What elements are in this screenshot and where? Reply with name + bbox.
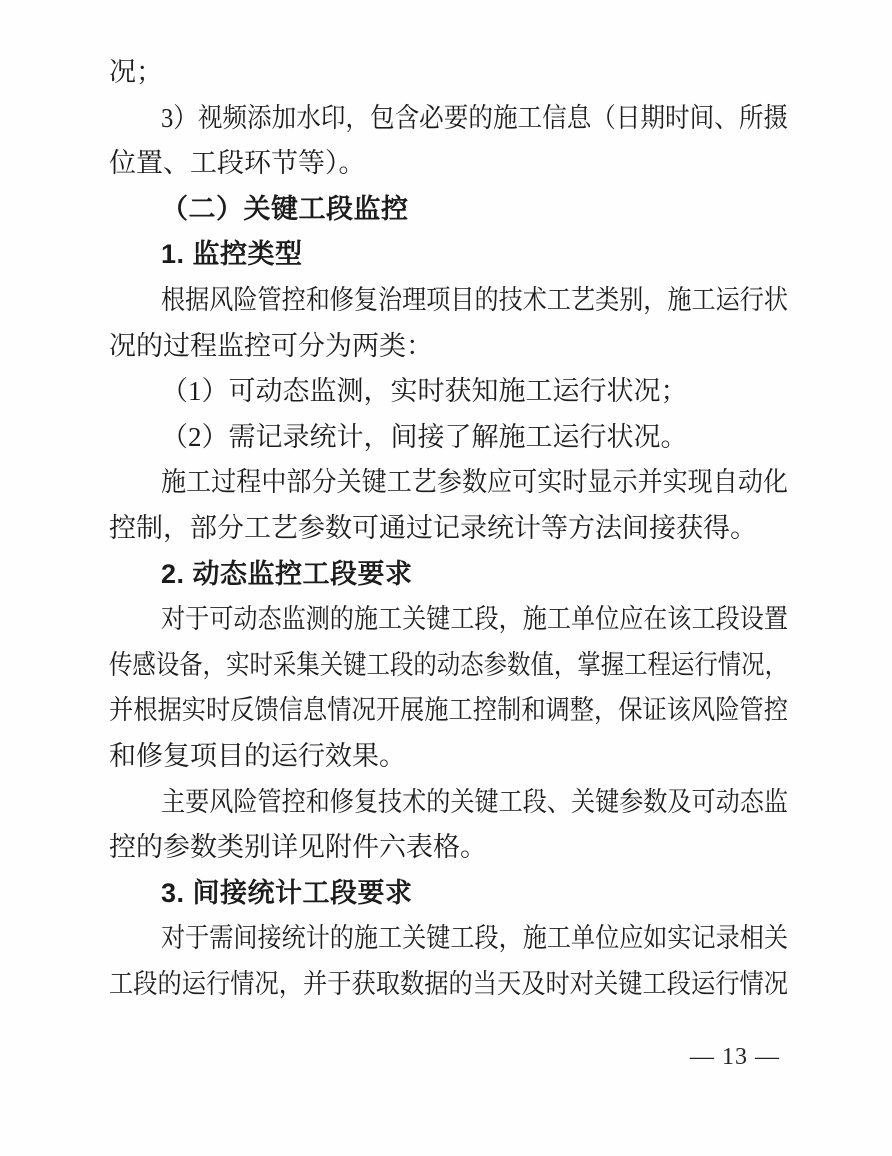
text-line: 主要风险管控和修复技术的关键工段、关键参数及可动态监 <box>109 780 788 826</box>
text-line: 对于需间接统计的施工关键工段，施工单位应如实记录相关 <box>109 916 788 962</box>
footer-page-number: — 13 — <box>690 1044 780 1071</box>
text-line: 根据风险管控和修复治理项目的技术工艺类别，施工运行状 <box>109 278 788 324</box>
text-line: 位置、工段环节等）。 <box>109 141 788 187</box>
text-line: （1）可动态监测，实时获知施工运行状况； <box>109 369 788 415</box>
section-heading: 1. 监控类型 <box>109 232 788 278</box>
section-heading: 2. 动态监控工段要求 <box>109 552 788 598</box>
text-line: 况的过程监控可分为两类： <box>109 324 788 370</box>
text-line: 况； <box>109 50 788 96</box>
text-line: 控的参数类别详见附件六表格。 <box>109 825 788 871</box>
text-line: 对于可动态监测的施工关键工段，施工单位应在该工段设置 <box>109 597 788 643</box>
document-body: 况； 3）视频添加水印，包含必要的施工信息（日期时间、所摄 位置、工段环节等）。… <box>109 50 788 1007</box>
text-line: 施工过程中部分关键工艺参数应可实时显示并实现自动化 <box>109 460 788 506</box>
section-heading: （二）关键工段监控 <box>109 187 788 233</box>
text-line: （2）需记录统计，间接了解施工运行状况。 <box>109 415 788 461</box>
text-line: 工段的运行情况，并于获取数据的当天及时对关键工段运行情况 <box>109 962 788 1008</box>
text-line: 3）视频添加水印，包含必要的施工信息（日期时间、所摄 <box>109 96 788 142</box>
document-page: 况； 3）视频添加水印，包含必要的施工信息（日期时间、所摄 位置、工段环节等）。… <box>0 0 892 1156</box>
text-line: 控制，部分工艺参数可通过记录统计等方法间接获得。 <box>109 506 788 552</box>
text-line: 并根据实时反馈信息情况开展施工控制和调整，保证该风险管控 <box>109 688 788 734</box>
text-line: 和修复项目的运行效果。 <box>109 734 788 780</box>
text-line: 传感设备，实时采集关键工段的动态参数值，掌握工程运行情况， <box>109 643 788 689</box>
section-heading: 3. 间接统计工段要求 <box>109 871 788 917</box>
